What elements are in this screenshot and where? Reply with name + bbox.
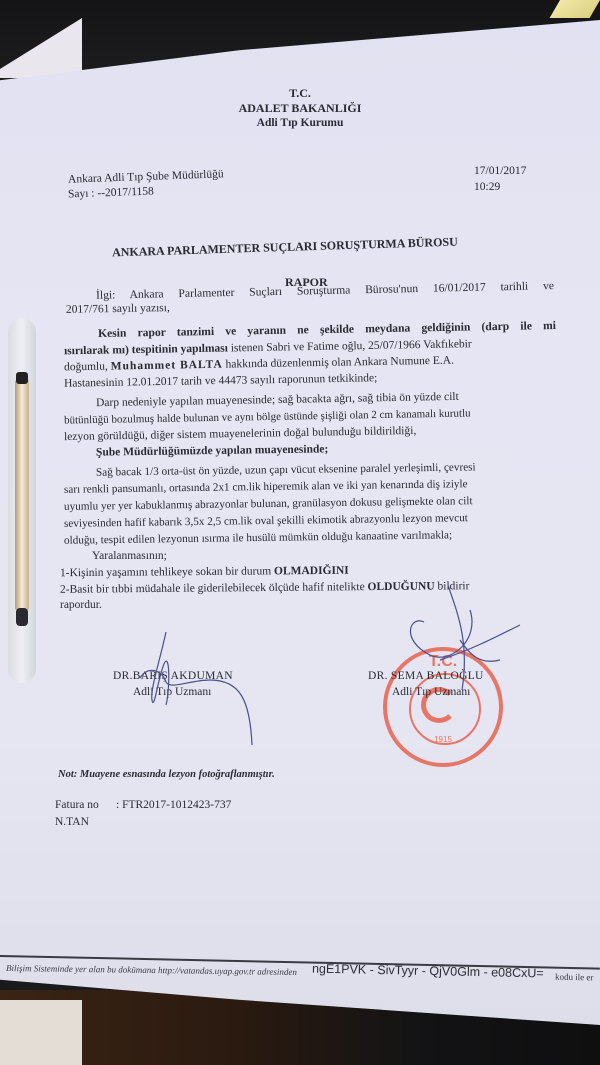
initials: N.TAN	[55, 815, 89, 829]
fastener-metal-strip	[15, 380, 29, 610]
signature-1	[140, 632, 252, 745]
footer-suffix: kodu ile er	[555, 970, 594, 985]
invoice-value: : FTR2017-1012423-737	[116, 798, 231, 812]
invoice-label: Fatura no	[55, 798, 99, 812]
fastener-end-bottom	[16, 608, 28, 626]
handwritten-signatures	[0, 0, 600, 1065]
fastener-end-top	[16, 372, 28, 384]
signature-2	[410, 585, 520, 690]
document-content: T.C. ADALET BAKANLIĞI Adli Tıp Kurumu An…	[0, 0, 600, 1065]
note-text: Not: Muayene esnasında lezyon fotoğrafla…	[58, 768, 275, 782]
